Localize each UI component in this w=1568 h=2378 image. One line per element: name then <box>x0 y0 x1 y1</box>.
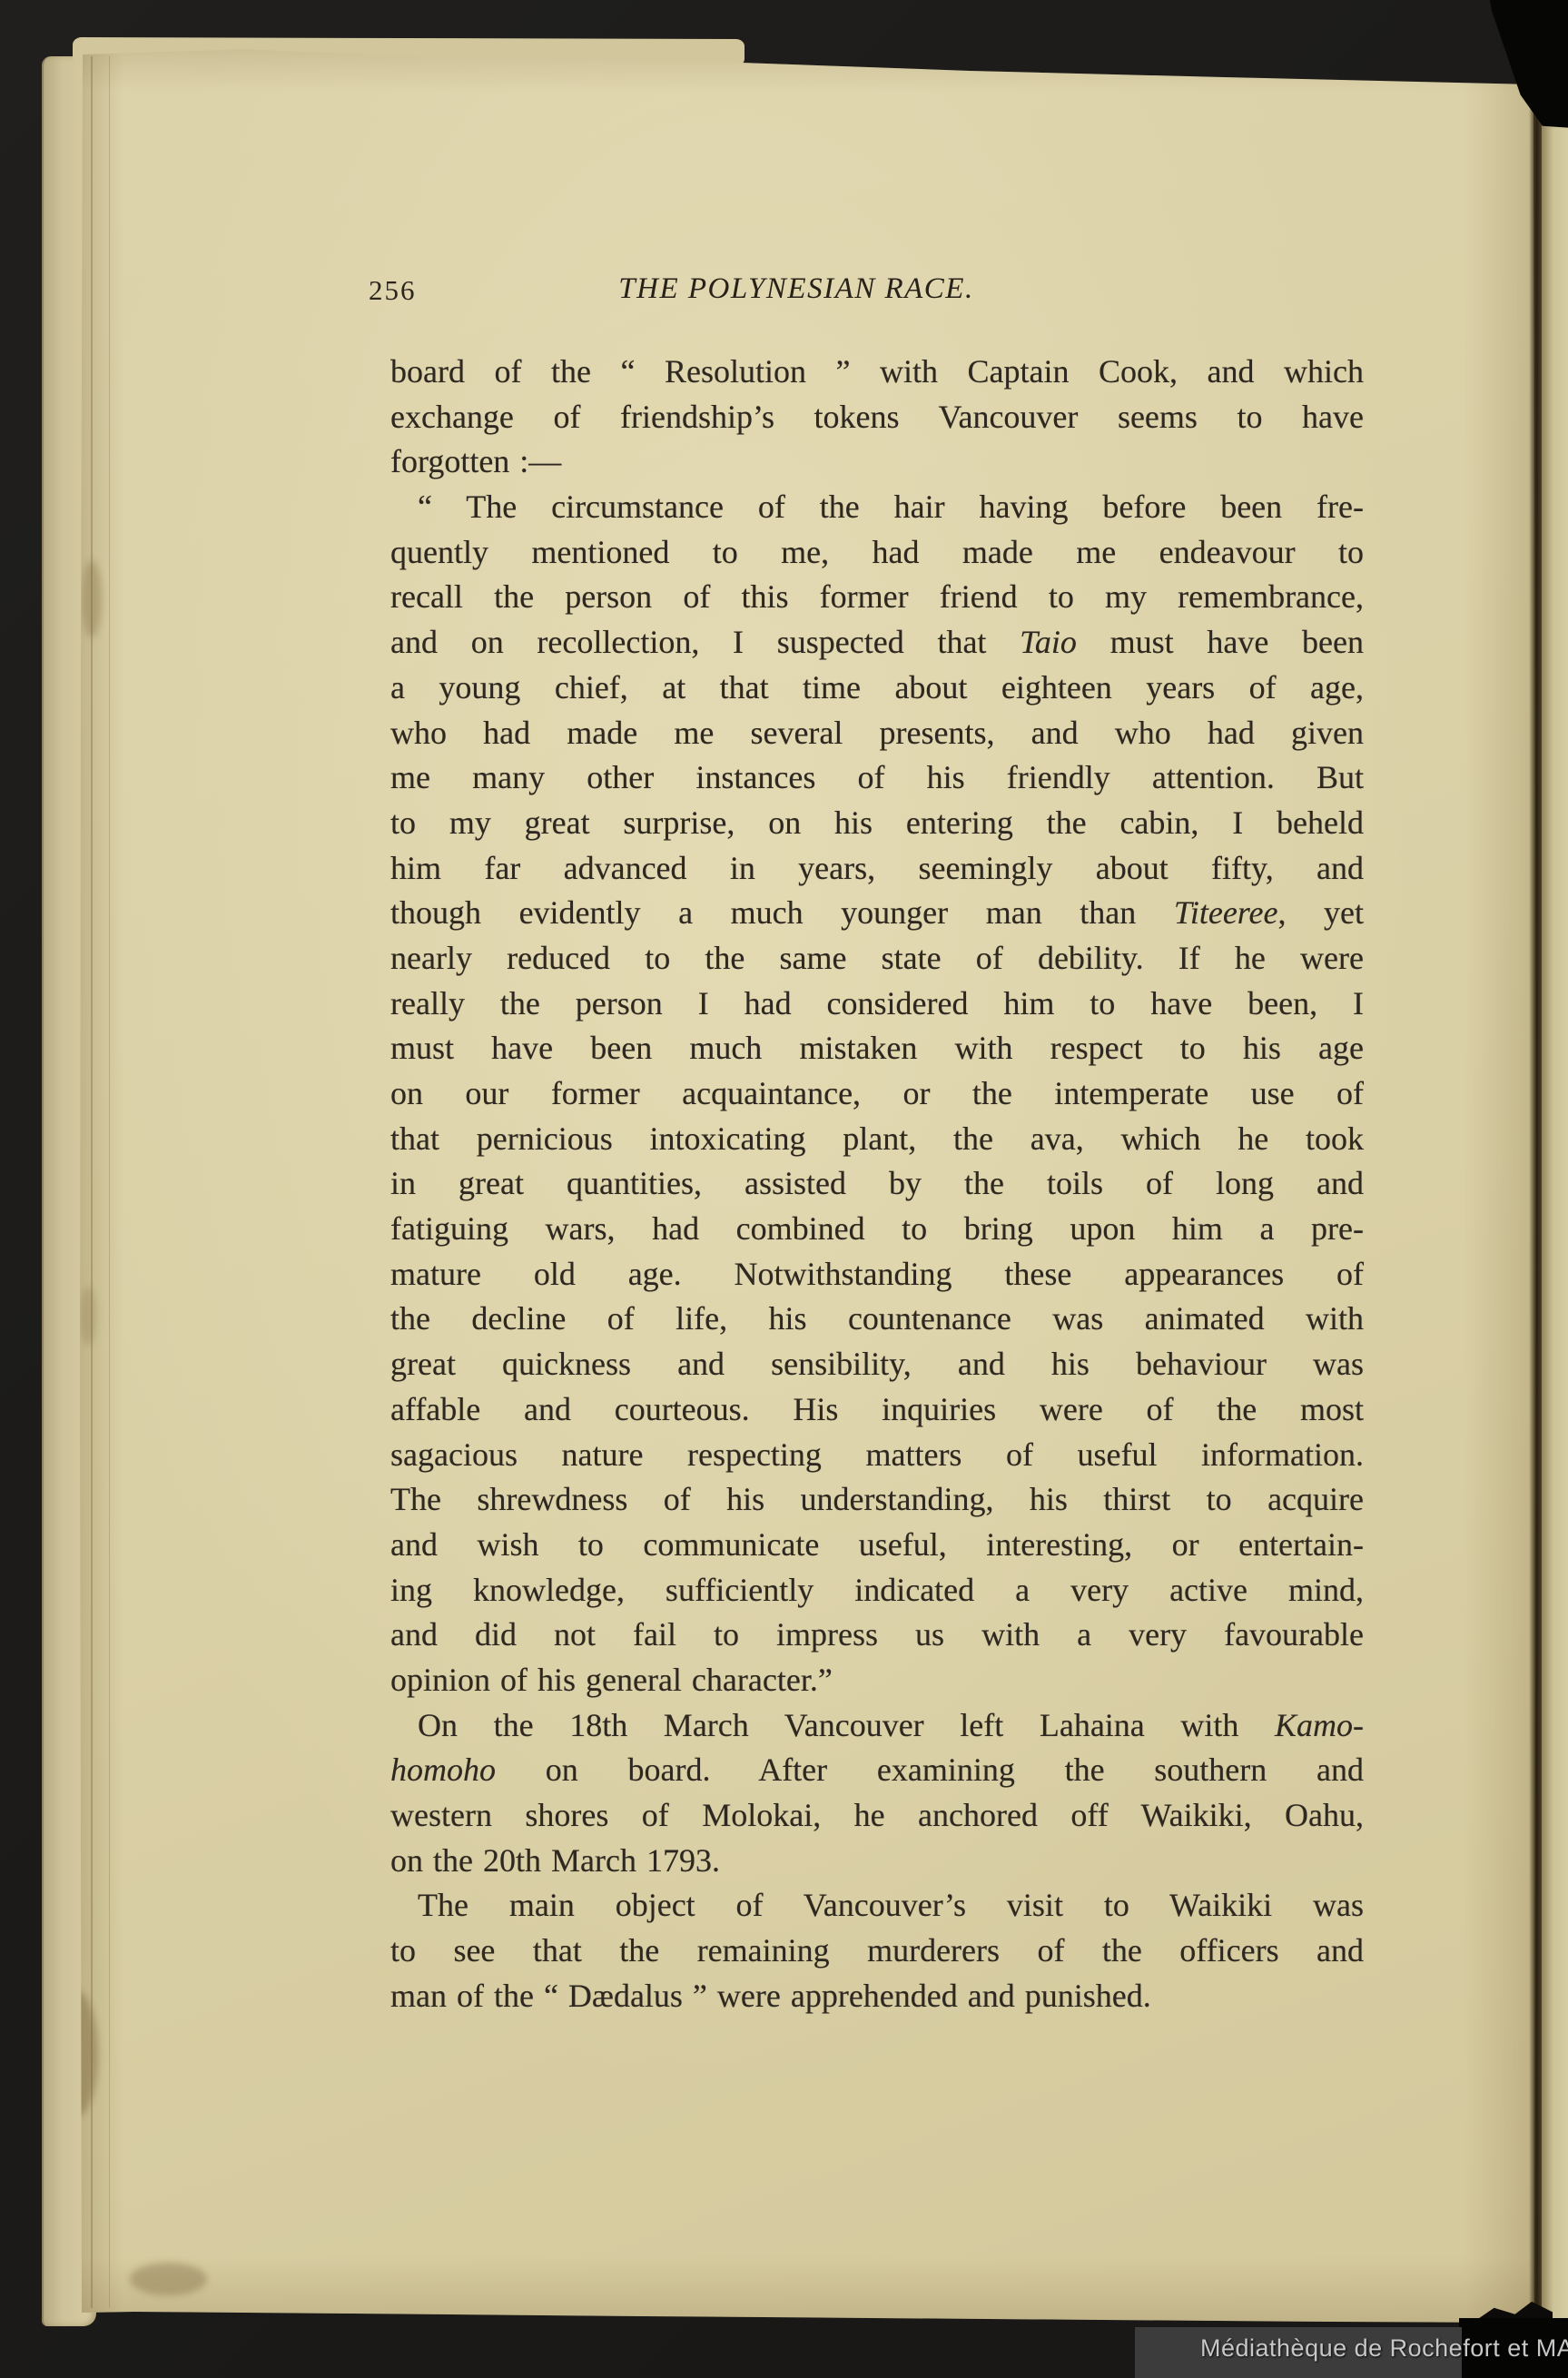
body-text: board of the “ Resolution ” with Captain… <box>390 350 1364 2018</box>
text-line: board of the “ Resolution ” with Captain… <box>390 350 1364 395</box>
text-segment: and on recollection, I suspected that <box>390 624 1020 660</box>
text-segment: opinion of his general character.” <box>390 1662 833 1698</box>
text-line: “ The circumstance of the hair having be… <box>390 485 1364 530</box>
text-line: forgotten :— <box>390 439 1364 485</box>
text-segment: forgotten :— <box>390 443 561 479</box>
text-line: quently mentioned to me, had made me end… <box>390 530 1364 576</box>
text-line: fatiguing wars, had combined to bring up… <box>390 1207 1364 1252</box>
text-segment: “ The circumstance of the hair having be… <box>418 488 1364 525</box>
text-segment: to see that the remaining murderers of t… <box>390 1932 1364 1969</box>
text-line: must have been much mistaken with respec… <box>390 1026 1364 1071</box>
text-line: on the 20th March 1793. <box>390 1839 1364 1884</box>
text-line: western shores of Molokai, he anchored o… <box>390 1793 1364 1839</box>
watermark-text: Médiathèque de Rochefort et MAP <box>1200 2334 1559 2363</box>
text-line: man of the “ Dædalus ” were apprehended … <box>390 1974 1364 2019</box>
text-segment: fatiguing wars, had combined to bring up… <box>390 1210 1364 1247</box>
scanned-book-photo: 256 THE POLYNESIAN RACE. board of the “ … <box>0 0 1568 2378</box>
italic-text: homoho <box>390 1751 496 1788</box>
text-line: The main object of Vancouver’s visit to … <box>390 1883 1364 1929</box>
text-line: ing knowledge, sufficiently indicated a … <box>390 1568 1364 1613</box>
stain <box>80 1287 96 1346</box>
text-line: to see that the remaining murderers of t… <box>390 1929 1364 1974</box>
text-segment: who had made me several presents, and wh… <box>390 715 1364 751</box>
text-segment: nearly reduced to the same state of debi… <box>390 940 1364 976</box>
text-segment: ing knowledge, sufficiently indicated a … <box>390 1572 1364 1608</box>
text-line: me many other instances of his friendly … <box>390 755 1364 801</box>
text-segment: The main object of Vancouver’s visit to … <box>418 1887 1364 1923</box>
paragraph: “ The circumstance of the hair having be… <box>390 485 1364 1703</box>
book-page: 256 THE POLYNESIAN RACE. board of the “ … <box>80 47 1536 2324</box>
text-segment: though evidently a much younger man than <box>390 894 1174 931</box>
text-segment: to my great surprise, on his entering th… <box>390 804 1364 841</box>
text-line: and wish to communicate useful, interest… <box>390 1523 1364 1568</box>
text-line: that pernicious intoxicating plant, the … <box>390 1117 1364 1162</box>
adjacent-page-edge <box>1542 125 1568 2318</box>
text-segment: him far advanced in years, seemingly abo… <box>390 850 1364 886</box>
text-line: The shrewdness of his understanding, his… <box>390 1477 1364 1523</box>
text-segment: on the 20th March 1793. <box>390 1842 720 1879</box>
italic-text: Titeeree <box>1174 894 1278 931</box>
text-line: and did not fail to impress us with a ve… <box>390 1613 1364 1658</box>
text-segment: and did not fail to impress us with a ve… <box>390 1616 1364 1653</box>
text-segment: western shores of Molokai, he anchored o… <box>390 1797 1364 1833</box>
text-segment: affable and courteous. His inquiries wer… <box>390 1391 1364 1427</box>
text-line: homoho on board. After examining the sou… <box>390 1748 1364 1793</box>
text-segment: sagacious nature respecting matters of u… <box>390 1436 1364 1473</box>
italic-text: Taio <box>1020 624 1077 660</box>
paragraph: On the 18th March Vancouver left Lahaina… <box>390 1703 1364 1884</box>
text-line: affable and courteous. His inquiries wer… <box>390 1387 1364 1433</box>
paragraph: The main object of Vancouver’s visit to … <box>390 1883 1364 2018</box>
text-line: on our former acquaintance, or the intem… <box>390 1071 1364 1117</box>
text-line: great quickness and sensibility, and his… <box>390 1342 1364 1387</box>
text-segment: that pernicious intoxicating plant, the … <box>390 1120 1364 1157</box>
text-line: though evidently a much younger man than… <box>390 891 1364 936</box>
text-segment: mature old age. Notwithstanding these ap… <box>390 1256 1364 1292</box>
text-segment: exchange of friendship’s tokens Vancouve… <box>390 399 1364 435</box>
text-segment: on our former acquaintance, or the intem… <box>390 1075 1364 1111</box>
text-line: mature old age. Notwithstanding these ap… <box>390 1252 1364 1298</box>
text-line: sagacious nature respecting matters of u… <box>390 1433 1364 1478</box>
text-line: really the person I had considered him t… <box>390 982 1364 1027</box>
page-number: 256 <box>369 274 417 307</box>
text-segment: the decline of life, his countenance was… <box>390 1300 1364 1337</box>
text-line: recall the person of this former friend … <box>390 575 1364 620</box>
text-line: opinion of his general character.” <box>390 1658 1364 1703</box>
stain <box>82 560 102 637</box>
text-segment: , yet <box>1277 894 1364 931</box>
text-line: On the 18th March Vancouver left Lahaina… <box>390 1703 1364 1749</box>
text-line: in great quantities, assisted by the toi… <box>390 1161 1364 1207</box>
text-segment: must have been <box>1077 624 1364 660</box>
text-segment: On the 18th March Vancouver left Lahaina… <box>418 1707 1275 1743</box>
text-line: a young chief, at that time about eighte… <box>390 666 1364 711</box>
text-segment: recall the person of this former friend … <box>390 578 1364 615</box>
text-line: and on recollection, I suspected that Ta… <box>390 620 1364 666</box>
text-line: the decline of life, his countenance was… <box>390 1297 1364 1342</box>
stain <box>130 2263 207 2295</box>
text-segment: a young chief, at that time about eighte… <box>390 669 1364 706</box>
text-segment: really the person I had considered him t… <box>390 985 1364 1021</box>
text-segment: me many other instances of his friendly … <box>390 759 1364 795</box>
text-segment: and wish to communicate useful, interest… <box>390 1526 1364 1563</box>
text-segment: in great quantities, assisted by the toi… <box>390 1165 1364 1201</box>
text-segment: quently mentioned to me, had made me end… <box>390 534 1364 570</box>
running-title: THE POLYNESIAN RACE. <box>569 272 1023 306</box>
text-segment: board of the “ Resolution ” with Captain… <box>390 353 1364 390</box>
text-segment: great quickness and sensibility, and his… <box>390 1346 1364 1382</box>
text-segment: must have been much mistaken with respec… <box>390 1030 1364 1066</box>
text-line: to my great surprise, on his entering th… <box>390 801 1364 846</box>
text-segment: on board. After examining the southern a… <box>496 1751 1364 1788</box>
paragraph: board of the “ Resolution ” with Captain… <box>390 350 1364 485</box>
text-line: who had made me several presents, and wh… <box>390 711 1364 756</box>
page-crease <box>109 56 110 2308</box>
text-line: nearly reduced to the same state of debi… <box>390 936 1364 982</box>
text-line: him far advanced in years, seemingly abo… <box>390 846 1364 892</box>
italic-text: Kamo- <box>1275 1707 1364 1743</box>
text-segment: man of the “ Dædalus ” were apprehended … <box>390 1978 1151 2014</box>
page-crease <box>91 56 93 2308</box>
text-segment: The shrewdness of his understanding, his… <box>390 1481 1364 1517</box>
text-line: exchange of friendship’s tokens Vancouve… <box>390 395 1364 440</box>
